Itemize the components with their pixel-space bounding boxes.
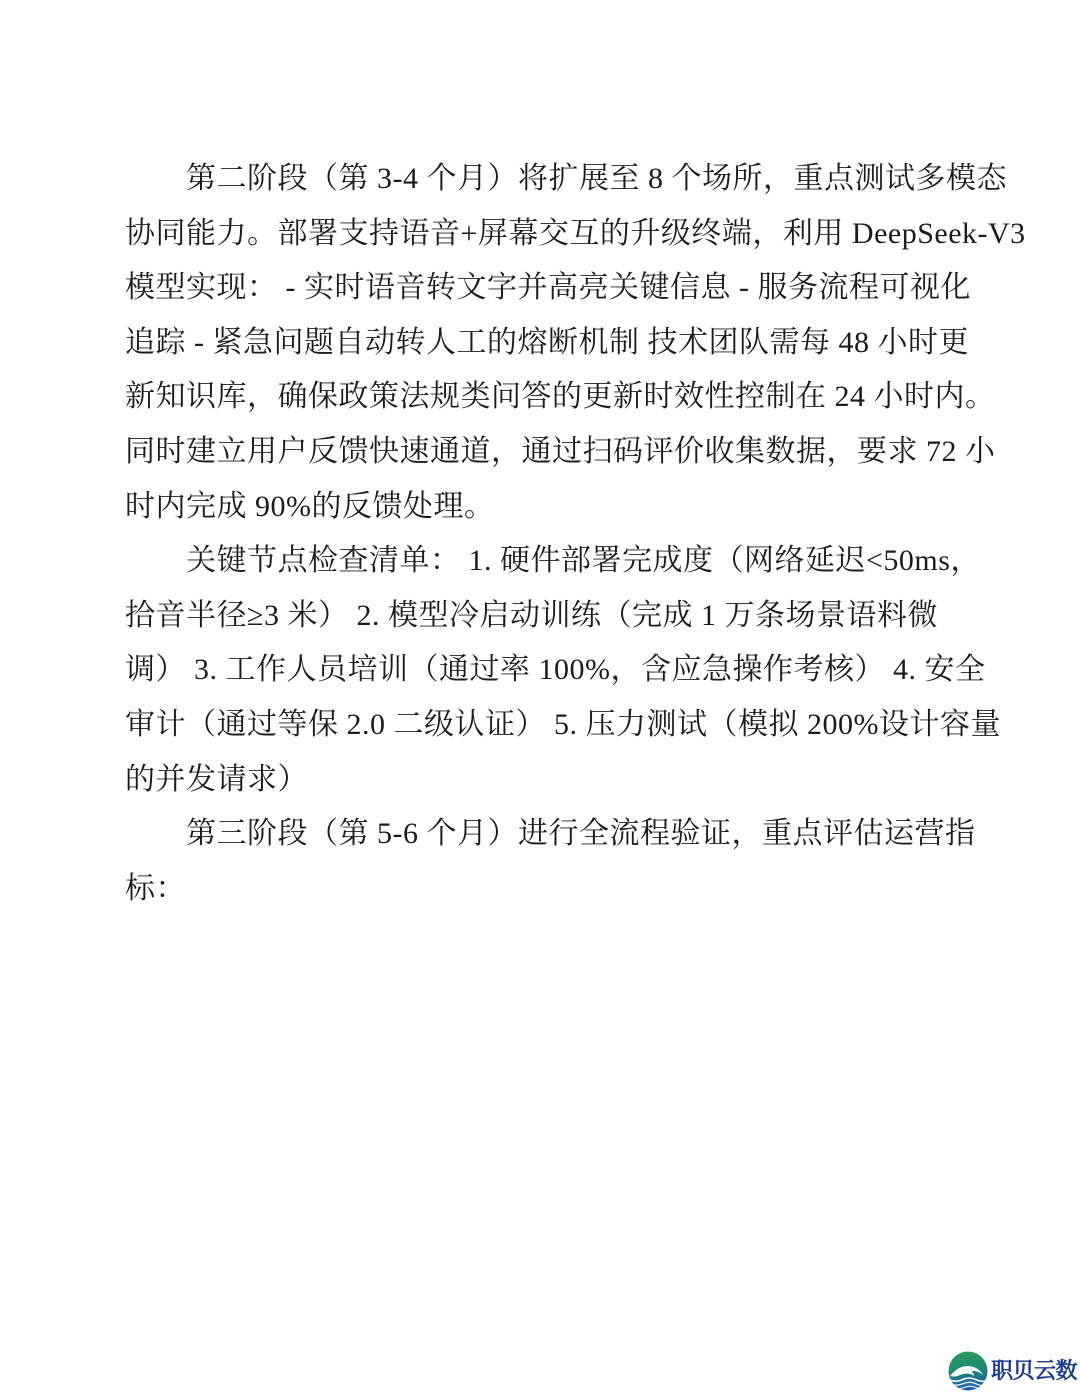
doc-line: 拾音半径≥3 米） 2. 模型冷启动训练（完成 1 万条场景语料微 xyxy=(125,589,960,644)
doc-line: 模型实现： - 实时语音转文字并高亮关键信息 - 服务流程可视化 xyxy=(125,261,960,316)
doc-line: 关键节点检查清单： 1. 硬件部署完成度（网络延迟<50ms， xyxy=(125,534,960,589)
doc-line: 第二阶段（第 3-4 个月）将扩展至 8 个场所，重点测试多模态 xyxy=(125,152,960,207)
brand-watermark: 职贝云数 xyxy=(948,1351,1077,1391)
document-body: 第二阶段（第 3-4 个月）将扩展至 8 个场所，重点测试多模态 协同能力。部署… xyxy=(125,152,960,916)
doc-line: 第三阶段（第 5-6 个月）进行全流程验证，重点评估运营指 xyxy=(125,807,960,862)
doc-line: 追踪 - 紧急问题自动转人工的熔断机制 技术团队需每 48 小时更 xyxy=(125,316,960,371)
document-page: 第二阶段（第 3-4 个月）将扩展至 8 个场所，重点测试多模态 协同能力。部署… xyxy=(0,0,1080,1397)
doc-line: 时内完成 90%的反馈处理。 xyxy=(125,480,960,535)
doc-line: 调） 3. 工作人员培训（通过率 100%，含应急操作考核） 4. 安全 xyxy=(125,643,960,698)
wave-logo-icon xyxy=(948,1351,988,1391)
doc-line: 的并发请求） xyxy=(125,753,960,808)
brand-logo-text: 职贝云数 xyxy=(991,1360,1077,1382)
doc-line: 协同能力。部署支持语音+屏幕交互的升级终端，利用 DeepSeek-V3 xyxy=(125,207,960,262)
doc-line: 同时建立用户反馈快速通道，通过扫码评价收集数据，要求 72 小 xyxy=(125,425,960,480)
doc-line: 新知识库，确保政策法规类问答的更新时效性控制在 24 小时内。 xyxy=(125,370,960,425)
doc-line: 审计（通过等保 2.0 二级认证） 5. 压力测试（模拟 200%设计容量 xyxy=(125,698,960,753)
doc-line: 标： xyxy=(125,862,960,917)
